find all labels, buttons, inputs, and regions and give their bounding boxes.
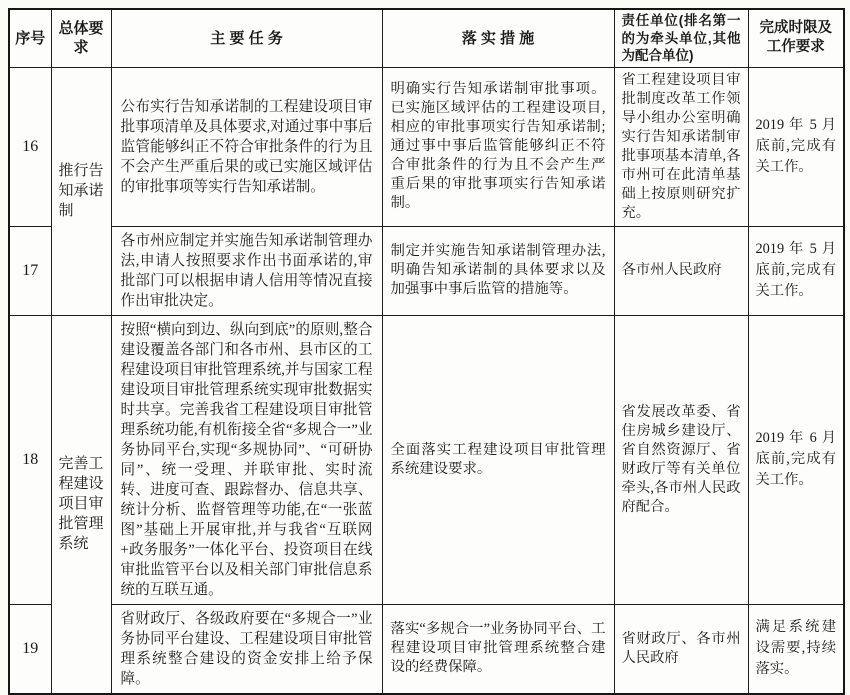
table-header-row: 序号 总体要求 主 要 任 务 落 实 措 施 责任单位(排名第一的为牵头单位,… [9,9,844,67]
requirement-cell-rows18-19: 完善工程建设项目审批管理系统 [51,315,111,694]
row17-seq-cell: 17 [9,226,51,315]
row18-task-cell: 按照“横向到边、纵向到底”的原则,整合建设覆盖各部门和各市州、县市区的工程建设项… [111,315,382,604]
header-seq: 序号 [9,9,51,67]
table-row-17: 17 各市州应制定并实施告知承诺制管理办法,申请人按照要求作出书面承诺的,审批部… [9,226,844,315]
row17-task-cell: 各市州应制定并实施告知承诺制管理办法,申请人按照要求作出书面承诺的,审批部门可以… [111,226,382,315]
row19-deadline-cell: 满足系统建设需要,持续落实。 [748,604,844,694]
header-main-task: 主 要 任 务 [111,9,382,67]
row18-unit-cell: 省发展改革委、省住房城乡建设厅、省自然资源厅、省财政厅等有关单位牵头,各市州人民… [614,315,748,604]
table-row-16: 16 推行告知承诺制 公布实行告知承诺制的工程建设项目审批事项清单及具体要求,对… [9,67,844,226]
row19-unit-cell: 省财政厅、各市州人民政府 [614,604,748,694]
row18-measures-cell: 全面落实工程建设项目审批管理系统建设要求。 [382,315,614,604]
row18-deadline-cell: 2019 年 6 月底前,完成有关工作。 [748,315,844,604]
row17-measures-cell: 制定并实施告知承诺制管理办法,明确告知承诺制的具体要求以及加强事中事后监管的措施… [382,226,614,315]
header-deadline: 完成时限及工作要求 [748,9,844,67]
header-implementation-measures: 落 实 措 施 [382,9,614,67]
row19-seq-cell: 19 [9,604,51,694]
approval-reform-task-table: 序号 总体要求 主 要 任 务 落 实 措 施 责任单位(排名第一的为牵头单位,… [8,8,845,695]
table-row-19: 19 省财政厅、各级政府要在“多规合一”业务协同平台建设、工程建设项目审批管理系… [9,604,844,694]
row16-unit-cell: 省工程建设项目审批制度改革工作领导小组办公室明确实行告知承诺制审批事项基本清单,… [614,67,748,226]
requirement-cell-rows16-17: 推行告知承诺制 [51,67,111,315]
row18-seq-cell: 18 [9,315,51,604]
row17-unit-cell: 各市州人民政府 [614,226,748,315]
row16-task-cell: 公布实行告知承诺制的工程建设项目审批事项清单及具体要求,对通过事中事后监管能够纠… [111,67,382,226]
row17-deadline-cell: 2019 年 5 月底前,完成有关工作。 [748,226,844,315]
row16-seq-cell: 16 [9,67,51,226]
row19-task-cell: 省财政厅、各级政府要在“多规合一”业务协同平台建设、工程建设项目审批管理系统整合… [111,604,382,694]
header-overall-requirement: 总体要求 [51,9,111,67]
table-row-18: 18 完善工程建设项目审批管理系统 按照“横向到边、纵向到底”的原则,整合建设覆… [9,315,844,604]
row19-measures-cell: 落实“多规合一”业务协同平台、工程建设项目审批管理系统整合建设的经费保障。 [382,604,614,694]
row16-deadline-cell: 2019 年 5 月底前,完成有关工作。 [748,67,844,226]
row16-measures-cell: 明确实行告知承诺制审批事项。已实施区域评估的工程建设项目,相应的审批事项实行告知… [382,67,614,226]
header-responsible-unit: 责任单位(排名第一的为牵头单位,其他为配合单位) [614,9,748,67]
document-page: 序号 总体要求 主 要 任 务 落 实 措 施 责任单位(排名第一的为牵头单位,… [8,8,843,582]
